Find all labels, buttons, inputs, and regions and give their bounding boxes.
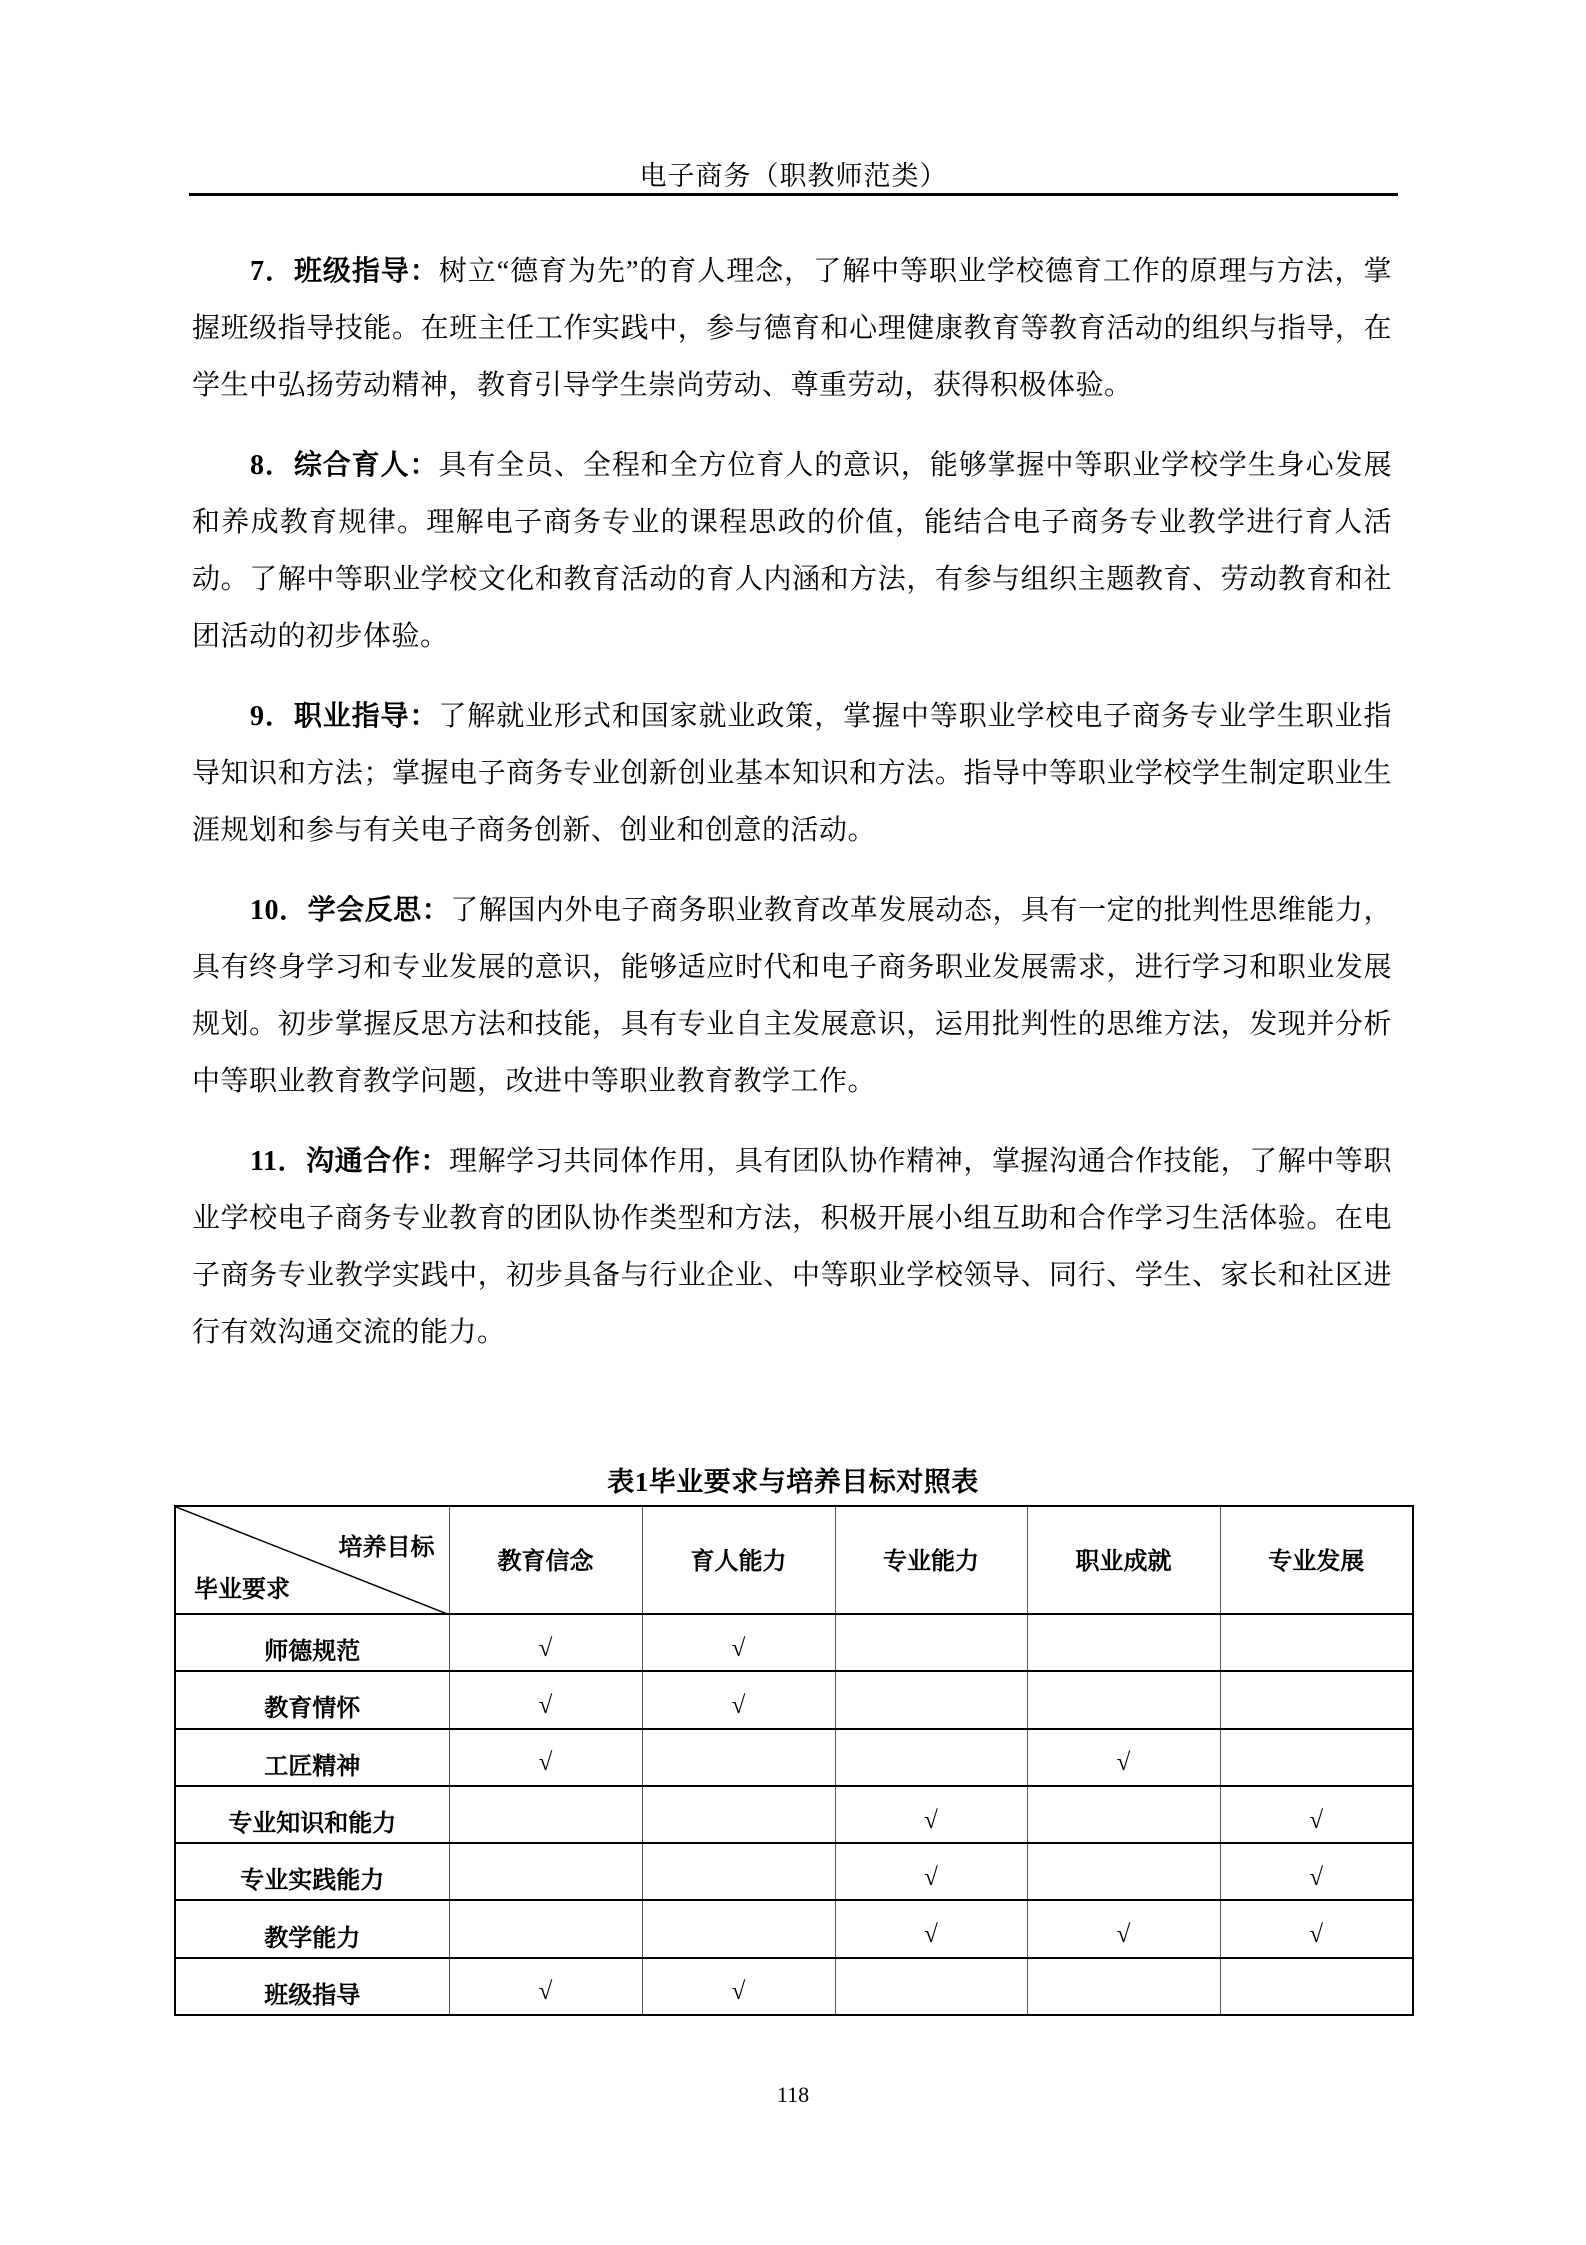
diagonal-corner-cell: 培养目标 毕业要求	[175, 1506, 449, 1614]
table-row: 教学能力 √ √ √	[175, 1900, 1413, 1957]
page-number: 118	[0, 2082, 1586, 2108]
column-header: 专业能力	[835, 1506, 1027, 1614]
paragraph-number: 11．	[250, 1146, 306, 1177]
check-cell	[642, 1900, 835, 1957]
paragraph-number: 9．	[250, 701, 294, 732]
table-row: 师德规范 √ √	[175, 1614, 1413, 1671]
check-cell: √	[642, 1614, 835, 1671]
requirement-cell: 工匠精神	[175, 1729, 449, 1786]
requirement-cell: 教学能力	[175, 1900, 449, 1957]
column-header: 教育信念	[449, 1506, 642, 1614]
check-cell: √	[1220, 1786, 1413, 1843]
check-cell: √	[449, 1614, 642, 1671]
check-cell	[449, 1843, 642, 1900]
check-cell: √	[1027, 1900, 1220, 1957]
check-cell	[1027, 1843, 1220, 1900]
paragraph-heading: 10．学会反思：	[250, 895, 450, 926]
paragraph-heading: 11．沟通合作：	[250, 1146, 449, 1177]
check-cell: √	[642, 1958, 835, 2015]
paragraph-title: 班级指导：	[294, 256, 439, 287]
check-cell: √	[835, 1843, 1027, 1900]
paragraph-number: 10．	[250, 895, 308, 926]
requirements-goals-table: 培养目标 毕业要求 教育信念 育人能力 专业能力 职业成就 专业发展 师德规范 …	[174, 1505, 1414, 2016]
column-header: 专业发展	[1220, 1506, 1413, 1614]
check-cell	[642, 1786, 835, 1843]
corner-label-requirements: 毕业要求	[194, 1569, 290, 1604]
paragraph-comprehensive-education: 8．综合育人：具有全员、全程和全方位育人的意识，能够掌握中等职业学校学生身心发展…	[192, 437, 1392, 665]
check-cell: √	[1220, 1900, 1413, 1957]
table-row: 专业知识和能力 √ √	[175, 1786, 1413, 1843]
check-cell: √	[1220, 1843, 1413, 1900]
check-cell	[1027, 1671, 1220, 1728]
paragraph-class-guidance: 7．班级指导：树立“德育为先”的育人理念，了解中等职业学校德育工作的原理与方法，…	[192, 243, 1392, 414]
requirement-cell: 专业实践能力	[175, 1843, 449, 1900]
check-cell	[642, 1843, 835, 1900]
paragraph-career-guidance: 9．职业指导：了解就业形式和国家就业政策，掌握中等职业学校电子商务专业学生职业指…	[192, 688, 1392, 859]
requirement-cell: 教育情怀	[175, 1671, 449, 1728]
column-header: 育人能力	[642, 1506, 835, 1614]
check-cell: √	[449, 1958, 642, 2015]
corner-label-goals: 培养目标	[339, 1527, 435, 1562]
check-cell	[1220, 1729, 1413, 1786]
check-cell	[449, 1900, 642, 1957]
check-cell	[1027, 1614, 1220, 1671]
requirement-cell: 专业知识和能力	[175, 1786, 449, 1843]
body-text: 7．班级指导：树立“德育为先”的育人理念，了解中等职业学校德育工作的原理与方法，…	[192, 243, 1392, 1384]
check-cell	[1220, 1958, 1413, 2015]
requirement-cell: 师德规范	[175, 1614, 449, 1671]
running-header: 电子商务（职教师范类）	[189, 150, 1398, 196]
check-cell	[1027, 1786, 1220, 1843]
paragraph-number: 7．	[250, 256, 294, 287]
check-cell	[1220, 1614, 1413, 1671]
check-cell: √	[835, 1786, 1027, 1843]
table-row: 教育情怀 √ √	[175, 1671, 1413, 1728]
paragraph-number: 8．	[250, 450, 294, 481]
check-cell: √	[449, 1671, 642, 1728]
paragraph-title: 综合育人：	[294, 450, 439, 481]
paragraph-heading: 9．职业指导：	[250, 701, 438, 732]
table-caption: 表1毕业要求与培养目标对照表	[174, 1460, 1412, 1499]
check-cell: √	[642, 1671, 835, 1728]
check-cell	[835, 1671, 1027, 1728]
paragraph-reflection: 10．学会反思：了解国内外电子商务职业教育改革发展动态，具有一定的批判性思维能力…	[192, 882, 1392, 1110]
check-cell	[835, 1614, 1027, 1671]
table-row: 班级指导 √ √	[175, 1958, 1413, 2015]
check-cell: √	[449, 1729, 642, 1786]
check-cell	[1027, 1958, 1220, 2015]
paragraph-title: 学会反思：	[308, 895, 451, 926]
check-cell	[1220, 1671, 1413, 1728]
table-header-row: 培养目标 毕业要求 教育信念 育人能力 专业能力 职业成就 专业发展	[175, 1506, 1413, 1614]
paragraph-heading: 7．班级指导：	[250, 256, 439, 287]
table-row: 工匠精神 √ √	[175, 1729, 1413, 1786]
paragraph-title: 沟通合作：	[306, 1146, 449, 1177]
requirement-cell: 班级指导	[175, 1958, 449, 2015]
check-cell	[642, 1729, 835, 1786]
check-cell	[835, 1729, 1027, 1786]
check-cell: √	[1027, 1729, 1220, 1786]
paragraph-communication: 11．沟通合作：理解学习共同体作用，具有团队协作精神，掌握沟通合作技能，了解中等…	[192, 1133, 1392, 1361]
paragraph-heading: 8．综合育人：	[250, 450, 438, 481]
paragraph-title: 职业指导：	[294, 701, 439, 732]
table-row: 专业实践能力 √ √	[175, 1843, 1413, 1900]
check-cell: √	[835, 1900, 1027, 1957]
column-header: 职业成就	[1027, 1506, 1220, 1614]
running-header-title: 电子商务（职教师范类）	[189, 154, 1398, 193]
check-cell	[449, 1786, 642, 1843]
check-cell	[835, 1958, 1027, 2015]
